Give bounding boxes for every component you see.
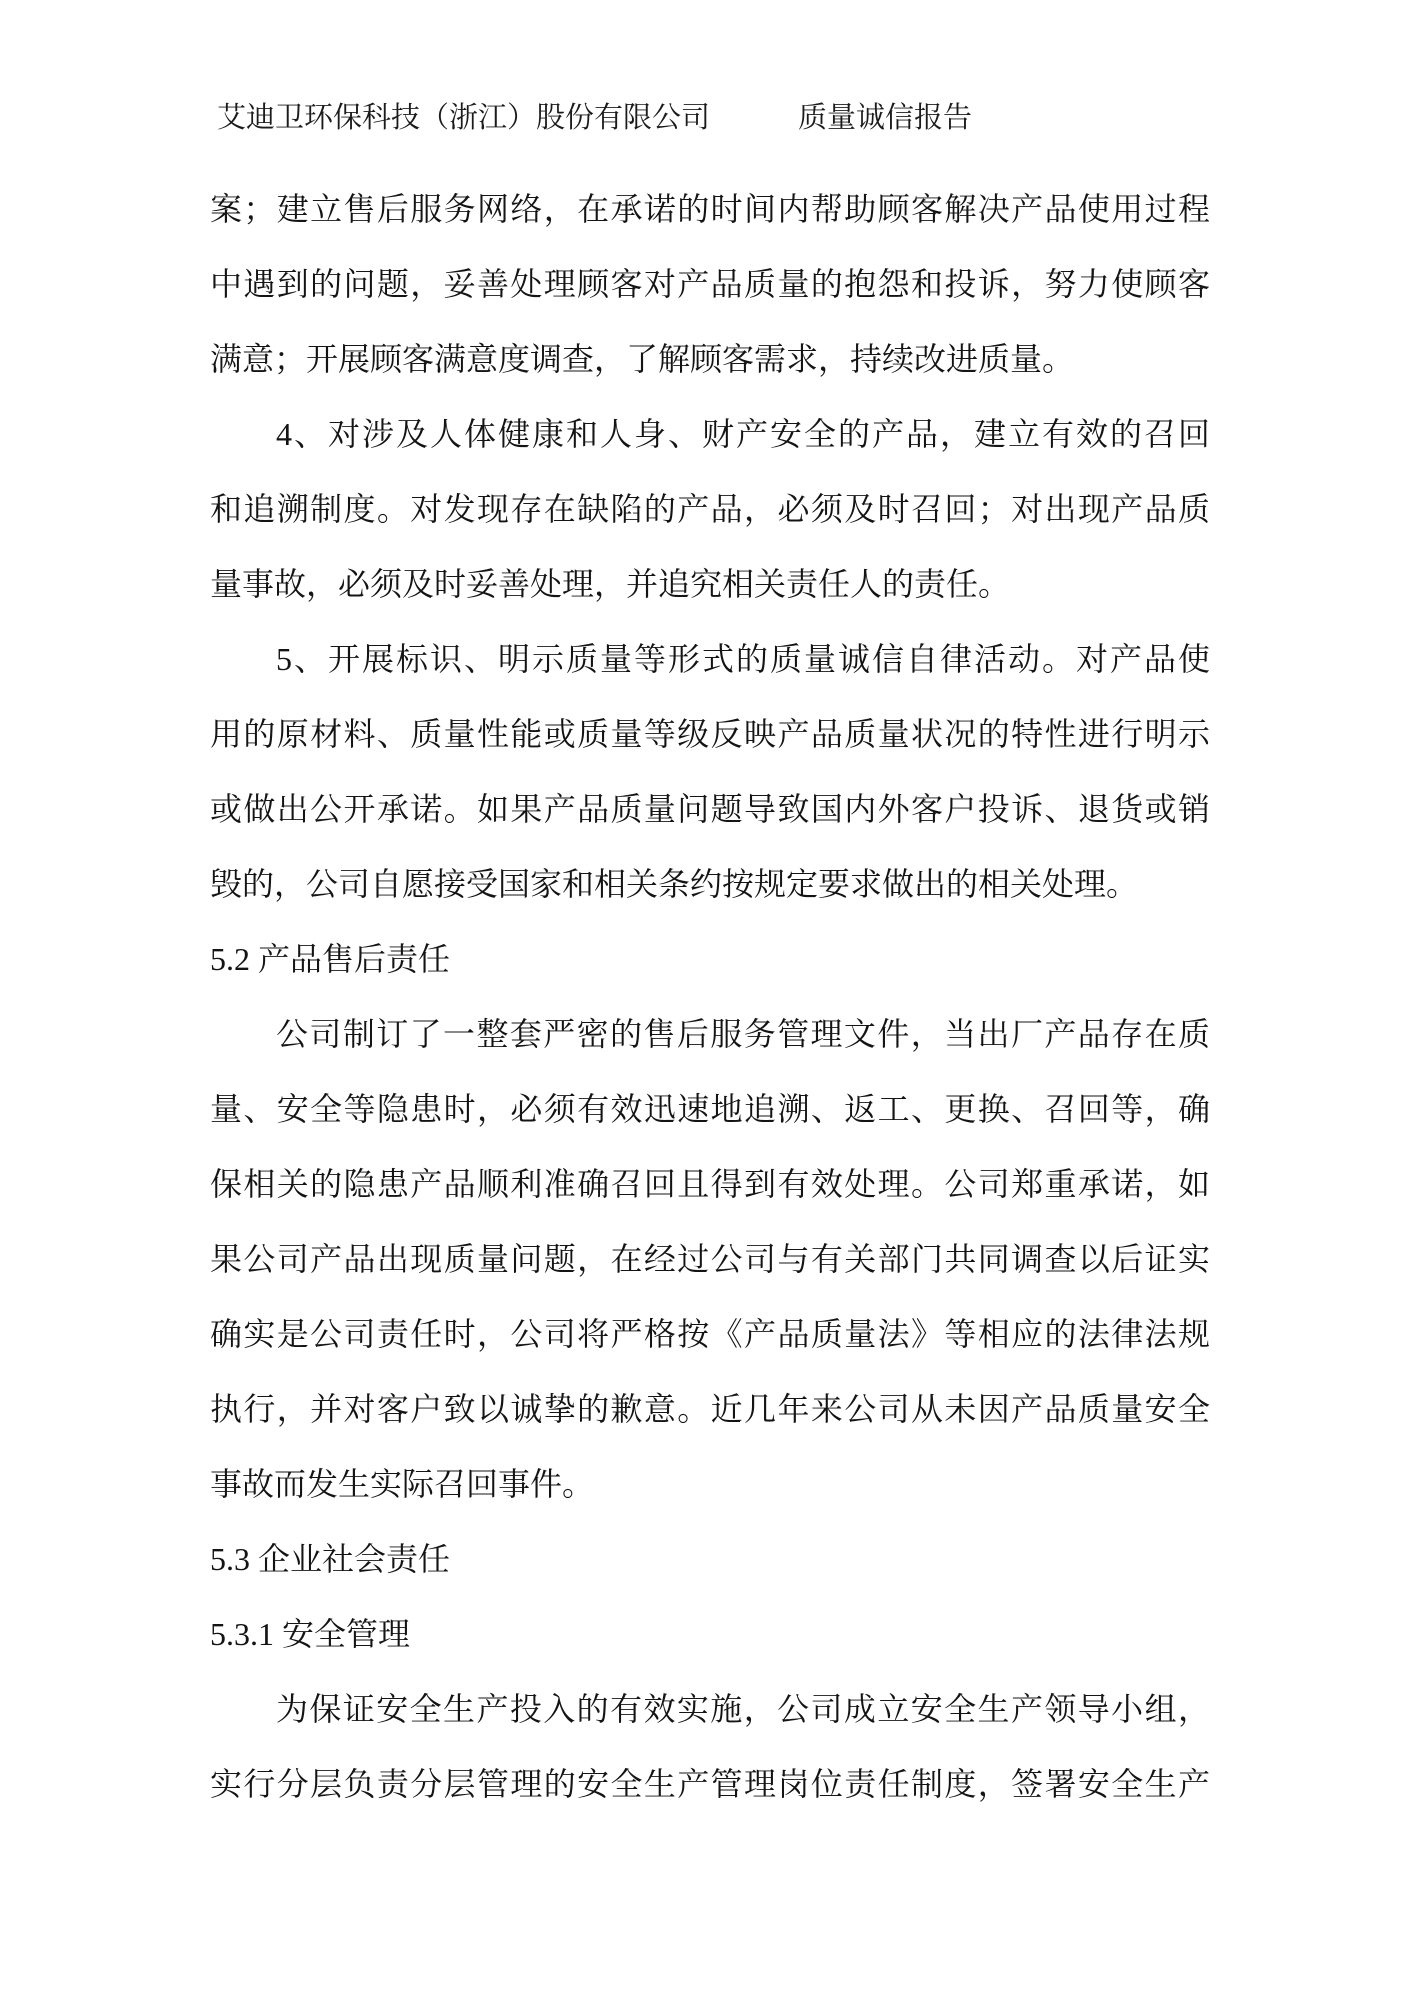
text-line: 事故而发生实际召回事件。 (210, 1447, 1210, 1522)
text-line: 毁的，公司自愿接受国家和相关条约按规定要求做出的相关处理。 (210, 847, 1210, 922)
document-page: 艾迪卫环保科技（浙江）股份有限公司质量诚信报告 案；建立售后服务网络，在承诺的时… (0, 0, 1414, 2000)
text-line: 保相关的隐患产品顺利准确召回且得到有效处理。公司郑重承诺，如 (210, 1147, 1210, 1222)
text-line: 用的原材料、质量性能或质量等级反映产品质量状况的特性进行明示 (210, 697, 1210, 772)
text-line: 满意；开展顾客满意度调查，了解顾客需求，持续改进质量。 (210, 322, 1210, 397)
section-heading: 5.2 产品售后责任 (210, 922, 1210, 997)
text-line: 中遇到的问题，妥善处理顾客对产品质量的抱怨和投诉，努力使顾客 (210, 247, 1210, 322)
text-line: 实行分层负责分层管理的安全生产管理岗位责任制度，签署安全生产 (210, 1747, 1210, 1822)
text-line: 案；建立售后服务网络，在承诺的时间内帮助顾客解决产品使用过程 (210, 172, 1210, 247)
text-line: 或做出公开承诺。如果产品质量问题导致国内外客户投诉、退货或销 (210, 772, 1210, 847)
text-line: 为保证安全生产投入的有效实施，公司成立安全生产领导小组， (210, 1672, 1210, 1747)
section-heading: 5.3 企业社会责任 (210, 1522, 1210, 1597)
page-header: 艾迪卫环保科技（浙江）股份有限公司质量诚信报告 (217, 98, 1214, 138)
text-line: 确实是公司责任时，公司将严格按《产品质量法》等相应的法律法规 (210, 1297, 1210, 1372)
text-line: 量事故，必须及时妥善处理，并追究相关责任人的责任。 (210, 547, 1210, 622)
text-line: 公司制订了一整套严密的售后服务管理文件，当出厂产品存在质 (210, 997, 1210, 1072)
header-report-title: 质量诚信报告 (798, 102, 972, 134)
text-line: 果公司产品出现质量问题，在经过公司与有关部门共同调查以后证实 (210, 1222, 1210, 1297)
header-company-name: 艾迪卫环保科技（浙江）股份有限公司 (217, 102, 710, 134)
text-line: 执行，并对客户致以诚挚的歉意。近几年来公司从未因产品质量安全 (210, 1372, 1210, 1447)
text-line: 5、开展标识、明示质量等形式的质量诚信自律活动。对产品使 (210, 622, 1210, 697)
document-body: 案；建立售后服务网络，在承诺的时间内帮助顾客解决产品使用过程中遇到的问题，妥善处… (210, 172, 1210, 1822)
text-line: 和追溯制度。对发现存在缺陷的产品，必须及时召回；对出现产品质 (210, 472, 1210, 547)
text-line: 量、安全等隐患时，必须有效迅速地追溯、返工、更换、召回等，确 (210, 1072, 1210, 1147)
text-line: 4、对涉及人体健康和人身、财产安全的产品，建立有效的召回 (210, 397, 1210, 472)
section-heading: 5.3.1 安全管理 (210, 1597, 1210, 1672)
